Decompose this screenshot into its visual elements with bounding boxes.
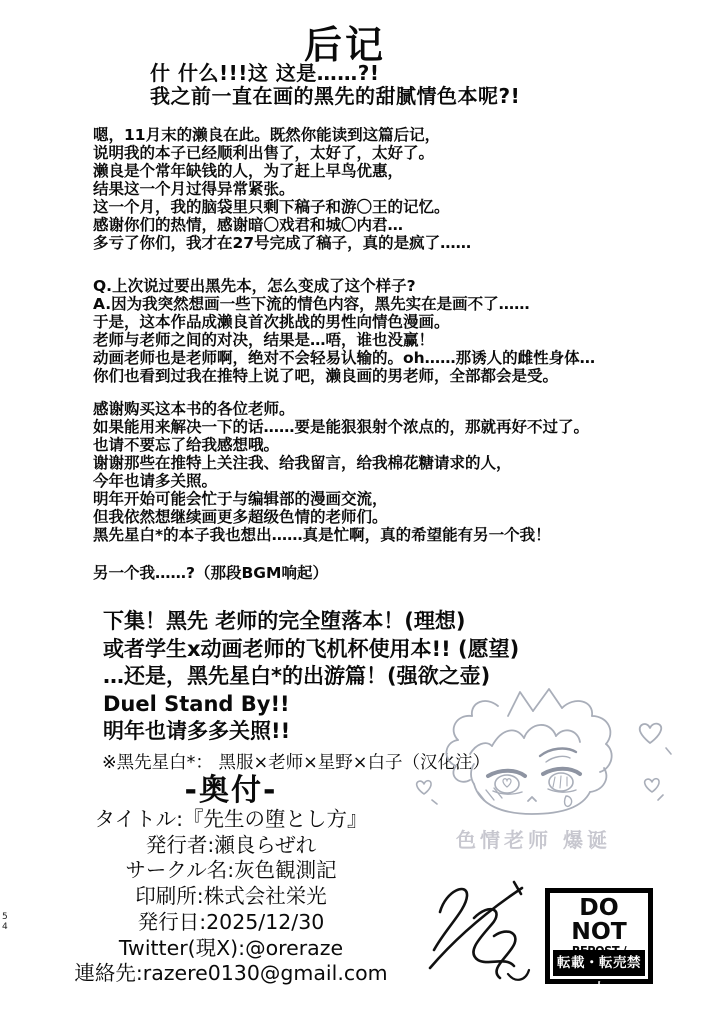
text-line: 这一个月，我的脑袋里只剩下稿子和游〇王的记忆。 bbox=[93, 198, 471, 216]
text-line: 嗯，11月末的濑良在此。既然你能读到这篇后记， bbox=[93, 126, 471, 144]
afterword-page: 54 后记 什 什么!!!这 这是……?!我之前一直在画的黑先的甜腻情色本呢?!… bbox=[0, 0, 720, 1016]
text-line: 発行日:2025/12/30 bbox=[0, 910, 462, 936]
text-line: 老师与老师之间的对决，结果是…唔，谁也没赢！ bbox=[93, 331, 595, 349]
text-line: 说明我的本子已经顺利出售了，太好了，太好了。 bbox=[93, 144, 471, 162]
text-line: 濑良是个常年缺钱的人，为了赶上早鸟优惠， bbox=[93, 162, 471, 180]
intro-exclamation: 什 什么!!!这 这是……?!我之前一直在画的黑先的甜腻情色本呢?! bbox=[150, 62, 520, 108]
text-line: 印刷所:株式会社栄光 bbox=[0, 884, 462, 910]
artist-signature-drawing bbox=[424, 876, 534, 994]
text-line: 动画老师也是老师啊，绝对不会轻易认输的。oh……那诱人的雌性身体… bbox=[93, 349, 595, 367]
paragraph-block-greeting: 嗯，11月末的濑良在此。既然你能读到这篇后记，说明我的本子已经顺利出售了，太好了… bbox=[93, 126, 471, 252]
chibi-character-sketch bbox=[412, 684, 692, 826]
text-line: A.因为我突然想画一些下流的情色内容，黑先实在是画不了…… bbox=[93, 295, 595, 313]
text-line: 明年开始可能会忙于与编辑部的漫画交流， bbox=[93, 490, 589, 508]
text-line: Twitter(現X):@oreraze bbox=[0, 936, 462, 962]
text-line: 于是，这本作品成濑良首次挑战的男性向情色漫画。 bbox=[93, 313, 595, 331]
colophon-info: タイトル:『先生の堕とし方』発行者:瀬良らぜれサークル名:灰色観測記印刷所:株式… bbox=[0, 807, 462, 987]
text-line: 什 什么!!!这 这是……?! bbox=[150, 62, 520, 85]
text-line: 也请不要忘了给我感想哦。 bbox=[93, 436, 589, 454]
text-line: 下集！黑先 老师的完全堕落本！(理想) bbox=[103, 608, 519, 636]
text-line: 谢谢那些在推特上关注我、给我留言，给我棉花糖请求的人， bbox=[93, 454, 589, 472]
paragraph-block-thanks: 感谢购买这本书的各位老师。如果能用来解决一下的话……要是能狠狠射个浓点的，那就再… bbox=[93, 400, 589, 544]
text-line: サークル名:灰色観測記 bbox=[0, 858, 462, 884]
stamp-japanese-text: 転載・転売禁止 bbox=[553, 950, 645, 976]
text-line: 発行者:瀬良らぜれ bbox=[0, 833, 462, 859]
text-line: 感谢购买这本书的各位老师。 bbox=[93, 400, 589, 418]
text-line: Q.上次说过要出黑先本，怎么变成了这个样子? bbox=[93, 277, 595, 295]
text-line: 另一个我……?（那段BGM响起） bbox=[93, 564, 328, 582]
text-line: 我之前一直在画的黑先的甜腻情色本呢?! bbox=[150, 85, 520, 108]
paragraph-block-qa: Q.上次说过要出黑先本，怎么变成了这个样子?A.因为我突然想画一些下流的情色内容… bbox=[93, 277, 595, 385]
colophon-heading: -奥付- bbox=[0, 765, 462, 809]
text-line: 感谢你们的热情，感谢暗〇戏君和城〇内君… bbox=[93, 216, 471, 234]
text-line: 連絡先:razere0130@gmail.com bbox=[0, 961, 462, 987]
stamp-do-not-text: DO NOT bbox=[549, 896, 649, 944]
text-line: 今年也请多关照。 bbox=[93, 472, 589, 490]
do-not-repost-stamp: DO NOT REPOST / RESELL 転載・転売禁止 bbox=[545, 888, 653, 984]
text-line: 结果这一个月过得异常紧张。 bbox=[93, 180, 471, 198]
text-line: 但我依然想继续画更多超级色情的老师们。 bbox=[93, 508, 589, 526]
text-line: 或者学生x动画老师的飞机杯使用本!! (愿望) bbox=[103, 636, 519, 664]
text-line: 你们也看到过我在推特上说了吧，濑良画的男老师，全部都会是受。 bbox=[93, 367, 595, 385]
paragraph-block-bgm: 另一个我……?（那段BGM响起） bbox=[93, 564, 328, 582]
chibi-caption: 色情老师 爆诞 bbox=[456, 824, 611, 853]
text-line: 黑先星白*的本子我也想出……真是忙啊，真的希望能有另一个我！ bbox=[93, 526, 589, 544]
text-line: 如果能用来解决一下的话……要是能狠狠射个浓点的，那就再好不过了。 bbox=[93, 418, 589, 436]
text-line: タイトル:『先生の堕とし方』 bbox=[0, 807, 462, 833]
text-line: 多亏了你们，我才在27号完成了稿子，真的是疯了…… bbox=[93, 234, 471, 252]
